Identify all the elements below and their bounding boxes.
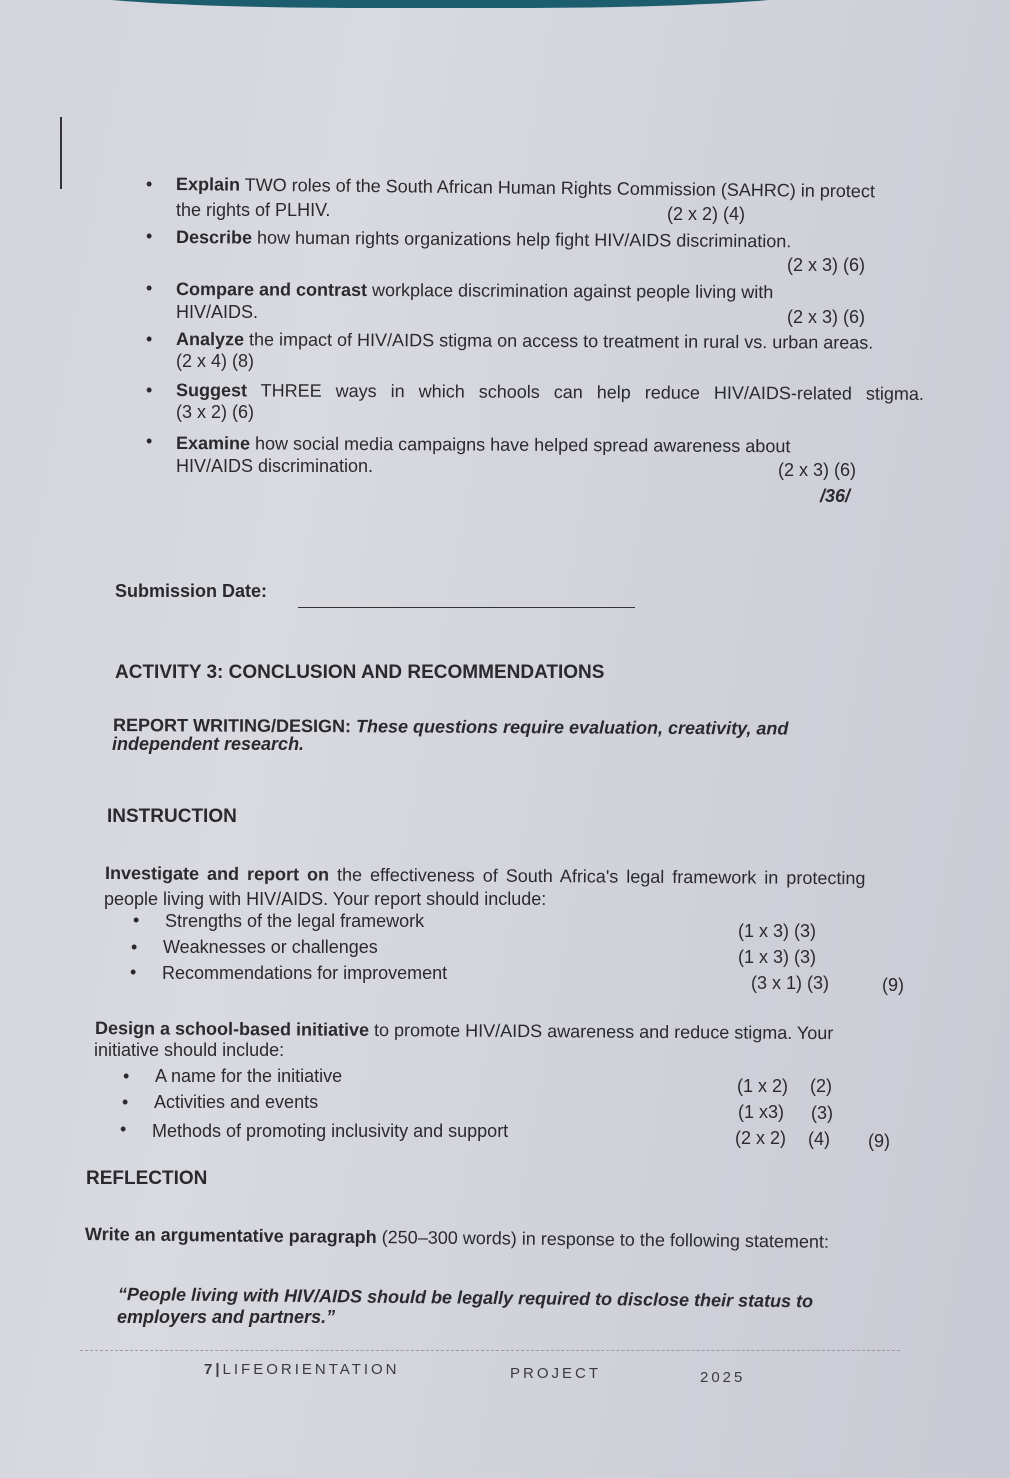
- question-item: Compare and contrast workplace discrimin…: [176, 278, 773, 303]
- margin-marker: [60, 117, 62, 189]
- investigate-paragraph: Investigate and report on the effectiven…: [105, 862, 866, 889]
- question-marks: (2 x 2) (4): [667, 204, 745, 225]
- question-text: THREE ways in which schools can help red…: [247, 380, 924, 404]
- initiative-item-breakdown: (1 x 2): [737, 1076, 788, 1097]
- reflection-text: (250–300 words) in response to the follo…: [377, 1227, 829, 1252]
- report-note-text: These questions require evaluation, crea…: [351, 716, 789, 738]
- question-keyword: Examine: [176, 433, 250, 453]
- question-text: TWO roles of the South African Human Rig…: [240, 175, 875, 202]
- question-marks: (3 x 2) (6): [176, 402, 254, 423]
- question-item: Analyze the impact of HIV/AIDS stigma on…: [176, 328, 873, 354]
- report-item-label: Weaknesses or challenges: [163, 936, 378, 958]
- report-item-marks: (1 x 3) (3): [738, 921, 816, 942]
- report-item-label: Strengths of the legal framework: [165, 910, 424, 932]
- question-keyword: Compare and contrast: [176, 279, 367, 300]
- submission-date-label: Submission Date:: [115, 580, 267, 602]
- question-text: the impact of HIV/AIDS stigma on access …: [244, 329, 873, 352]
- bullet-icon: •: [146, 174, 152, 195]
- report-item-marks: (3 x 1) (3): [751, 973, 829, 994]
- question-text-line2: HIV/AIDS discrimination.: [176, 455, 373, 477]
- report-total-marks: (9): [882, 975, 904, 996]
- footer-subject: LIFEORIENTATION: [223, 1361, 400, 1378]
- page-number: 7: [204, 1361, 215, 1378]
- bullet-icon: •: [122, 1092, 128, 1113]
- bullet-icon: •: [146, 380, 152, 401]
- submission-date-field[interactable]: [298, 607, 635, 608]
- initiative-item-marks: (3): [811, 1103, 833, 1124]
- question-keyword: Analyze: [176, 329, 244, 349]
- question-keyword: Explain: [176, 174, 240, 195]
- footer-year: 2025: [700, 1369, 745, 1386]
- instruction-heading: INSTRUCTION: [107, 806, 237, 828]
- reflection-heading: REFLECTION: [86, 1168, 207, 1190]
- top-binding-band: [60, 0, 820, 8]
- bullet-icon: •: [146, 329, 152, 350]
- initiative-item-marks: (4): [808, 1129, 830, 1150]
- initiative-item-marks: (2): [810, 1076, 832, 1097]
- question-marks: (2 x 3) (6): [787, 307, 865, 328]
- investigate-keyword: Investigate and report on: [105, 863, 329, 885]
- investigate-text: the effectiveness of South Africa's lega…: [329, 865, 866, 889]
- question-marks: (2 x 3) (6): [778, 460, 856, 481]
- design-text-line2: initiative should include:: [94, 1039, 284, 1061]
- report-item-marks: (1 x 3) (3): [738, 947, 816, 968]
- question-keyword: Suggest: [176, 380, 247, 400]
- initiative-item-label: Methods of promoting inclusivity and sup…: [152, 1120, 508, 1142]
- initiative-item-label: Activities and events: [154, 1091, 318, 1113]
- investigate-text-line2: people living with HIV/AIDS. Your report…: [104, 888, 546, 910]
- question-item: Explain TWO roles of the South African H…: [176, 173, 875, 202]
- question-item: Suggest THREE ways in which schools can …: [176, 379, 924, 405]
- footer-separator: |: [215, 1361, 222, 1378]
- question-text-line2: the rights of PLHIV.: [176, 199, 330, 221]
- activity-heading: ACTIVITY 3: CONCLUSION AND RECOMMENDATIO…: [115, 662, 604, 684]
- reflection-keyword: Write an argumentative paragraph: [85, 1224, 377, 1247]
- initiative-total-marks: (9): [868, 1131, 890, 1152]
- question-keyword: Describe: [176, 227, 252, 248]
- bullet-icon: •: [146, 278, 152, 299]
- question-item: Describe how human rights organizations …: [176, 226, 791, 252]
- question-text: how social media campaigns have helped s…: [250, 433, 790, 456]
- footer: 7|LIFEORIENTATION: [204, 1361, 400, 1378]
- report-note-text-line2: independent research.: [112, 733, 304, 755]
- footer-type: PROJECT: [510, 1365, 601, 1382]
- report-item-label: Recommendations for improvement: [162, 962, 447, 984]
- question-marks: (2 x 4) (8): [176, 351, 254, 372]
- reflection-quote-line2: employers and partners.”: [117, 1306, 335, 1328]
- section-total: /36/: [820, 486, 850, 507]
- initiative-item-label: A name for the initiative: [155, 1065, 342, 1087]
- question-text: workplace discrimination against people …: [367, 280, 773, 302]
- bullet-icon: •: [130, 962, 136, 983]
- bullet-icon: •: [131, 937, 137, 958]
- question-text: how human rights organizations help figh…: [252, 228, 791, 252]
- design-text: to promote HIV/AIDS awareness and reduce…: [369, 1020, 833, 1043]
- question-marks: (2 x 3) (6): [787, 255, 865, 276]
- bullet-icon: •: [146, 226, 152, 247]
- initiative-item-breakdown: (2 x 2): [735, 1128, 786, 1149]
- question-item: Examine how social media campaigns have …: [176, 432, 790, 457]
- design-keyword: Design a school-based initiative: [95, 1018, 369, 1040]
- bullet-icon: •: [146, 431, 152, 452]
- question-text-line2: HIV/AIDS.: [176, 301, 258, 323]
- reflection-prompt: Write an argumentative paragraph (250–30…: [85, 1223, 829, 1253]
- footer-divider: [80, 1350, 900, 1351]
- bullet-icon: •: [123, 1066, 129, 1087]
- initiative-item-breakdown: (1 x3): [738, 1102, 784, 1123]
- bullet-icon: •: [133, 910, 139, 931]
- bullet-icon: •: [120, 1119, 126, 1140]
